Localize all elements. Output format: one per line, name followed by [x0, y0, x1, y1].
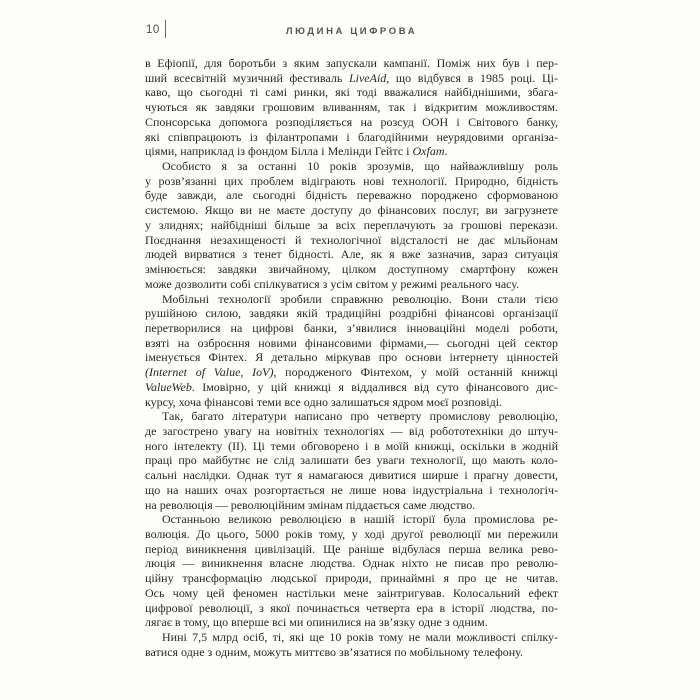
- text-line: сальні наслідки. Однак тут я намагаюся д…: [145, 468, 558, 483]
- text-line: Так, багато літератури написано про четв…: [145, 409, 558, 424]
- text-line: люція — виникнення власне людства. Однак…: [145, 556, 558, 571]
- text-line: може дозволити собі спілкуватися з усім …: [145, 277, 558, 292]
- paragraph: Так, багато літератури написано про четв…: [145, 409, 558, 512]
- text-line: Нині 7,5 млрд осіб, ті, які ще 10 років …: [145, 630, 558, 645]
- text-line: перетворилися на цифрові банки, з’явилис…: [145, 321, 558, 336]
- text-line: волюція. До цього, 5000 років тому, у хо…: [145, 527, 558, 542]
- text-line: ший всесвітній музичний фестиваль LiveAi…: [145, 71, 558, 86]
- text-line: період виникнення цивілізацій. Ще раніше…: [145, 542, 558, 557]
- paragraph: Мобільні технології зробили справжню рев…: [145, 292, 558, 410]
- text-line: каво, що сьогодні ті самі ринки, які тод…: [145, 85, 558, 100]
- text-line: ційну трансформацію людської природи, пр…: [145, 571, 558, 586]
- text-line: які співпрацюють із філантропами і благо…: [145, 130, 558, 145]
- text-line: взяті на озброєння новими фінансовими фі…: [145, 336, 558, 351]
- text-line: чуються як завдяки грошовим вливанням, т…: [145, 100, 558, 115]
- paragraph: Особисто я за останні 10 років зрозумів,…: [145, 159, 558, 291]
- running-title: ЛЮДИНА ЦИФРОВА: [145, 26, 558, 37]
- text-line: людей вирватися з тенет бідності. Але, я…: [145, 247, 558, 262]
- text-line: Мобільні технології зробили справжню рев…: [145, 292, 558, 307]
- text-line: ціями, наприклад із фондом Білла і Мелін…: [145, 144, 558, 159]
- text-line: в Ефіопії, для боротьби з яким запускали…: [145, 56, 558, 71]
- text-line: системою. Якщо ви не маєте доступу до фі…: [145, 203, 558, 218]
- text-line: рушійною силою, завдяки якій традиційні …: [145, 306, 558, 321]
- text-line: у розв’язанні цих проблем відіграють нов…: [145, 174, 558, 189]
- text-line: курсу, хоча фінансові теми все одно зали…: [145, 395, 558, 410]
- text-line: ValueWeb. Імовірно, у цій книжці я відда…: [145, 380, 558, 395]
- text-line: іменується Фінтех. Я детально міркував п…: [145, 350, 558, 365]
- text-line: ватися одне з одним, можуть миттєво зв’я…: [145, 645, 558, 660]
- text-line: буде завжди, але сьогодні бідність перев…: [145, 188, 558, 203]
- paragraph: Останньою великою революцією в нашій іст…: [145, 512, 558, 630]
- text-line: змінюється: завдяки звичайному, цілком д…: [145, 262, 558, 277]
- body-text: в Ефіопії, для боротьби з яким запускали…: [145, 56, 558, 659]
- paragraph: в Ефіопії, для боротьби з яким запускали…: [145, 56, 558, 159]
- book-page: 10 ЛЮДИНА ЦИФРОВА в Ефіопії, для боротьб…: [0, 0, 700, 700]
- paragraph: Нині 7,5 млрд осіб, ті, які ще 10 років …: [145, 630, 558, 659]
- text-line: Останньою великою революцією в нашій іст…: [145, 512, 558, 527]
- text-line: Ось чому цей феномен настільки мене заін…: [145, 586, 558, 601]
- text-line: лягає в тому, що вперше всі ми опинилися…: [145, 615, 558, 630]
- text-line: у злиднях; найбідніші більше за всіх пер…: [145, 218, 558, 233]
- text-line: Спонсорська допомога розподіляється на р…: [145, 115, 558, 130]
- text-line: Особисто я за останні 10 років зрозумів,…: [145, 159, 558, 174]
- text-line: праці про майбутнє не слід залишати без …: [145, 453, 558, 468]
- text-line: на революція — революційним змінам підда…: [145, 498, 558, 513]
- text-line: (Internet of Value, IoV), породженого Фі…: [145, 365, 558, 380]
- text-line: цифрової революції, з якої починається ч…: [145, 601, 558, 616]
- text-line: ного інтелекту (ІІ). Ці теми обговорено …: [145, 439, 558, 454]
- text-line: що на наших очах розгортається не лише н…: [145, 483, 558, 498]
- text-line: де загострено увагу на новітніх технолог…: [145, 424, 558, 439]
- text-line: Поєднання незахищеності й технологічної …: [145, 233, 558, 248]
